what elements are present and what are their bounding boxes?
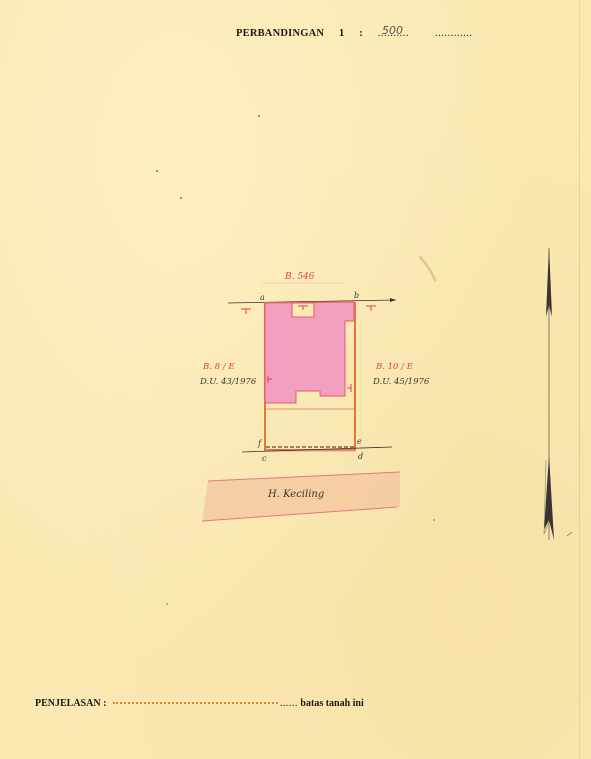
- boundary-line-sample: [113, 700, 278, 704]
- arrowhead-icon: [390, 298, 396, 302]
- west-parcel-ref: D.U. 43/1976: [199, 377, 257, 387]
- legend: PENJELASAN : ...... batas tanah ini: [35, 698, 364, 709]
- paper-stain: [420, 257, 435, 280]
- corner-e: e: [357, 437, 362, 446]
- corner-a: a: [260, 293, 265, 302]
- cadastral-drawing: B. 546 a b f e c d B. 8 / E D.U. 43/1976…: [0, 0, 591, 759]
- legend-label: PENJELASAN: [35, 698, 101, 709]
- legend-dots: ......: [280, 698, 298, 709]
- west-parcel-id: B. 8 / E: [202, 362, 235, 372]
- legend-text: batas tanah ini: [300, 698, 363, 709]
- corner-c: c: [262, 454, 267, 463]
- north-parcel-label: B. 546: [284, 272, 315, 282]
- corner-d: d: [358, 452, 363, 461]
- legend-separator: :: [103, 698, 106, 709]
- road-label: H. Keciling: [267, 489, 324, 500]
- north-arrow-icon: [544, 246, 572, 540]
- corner-b: b: [354, 291, 359, 300]
- east-parcel-id: B. 10 / E: [375, 362, 414, 372]
- corner-f: f: [257, 439, 263, 448]
- east-parcel-ref: D.U. 45/1976: [372, 377, 430, 387]
